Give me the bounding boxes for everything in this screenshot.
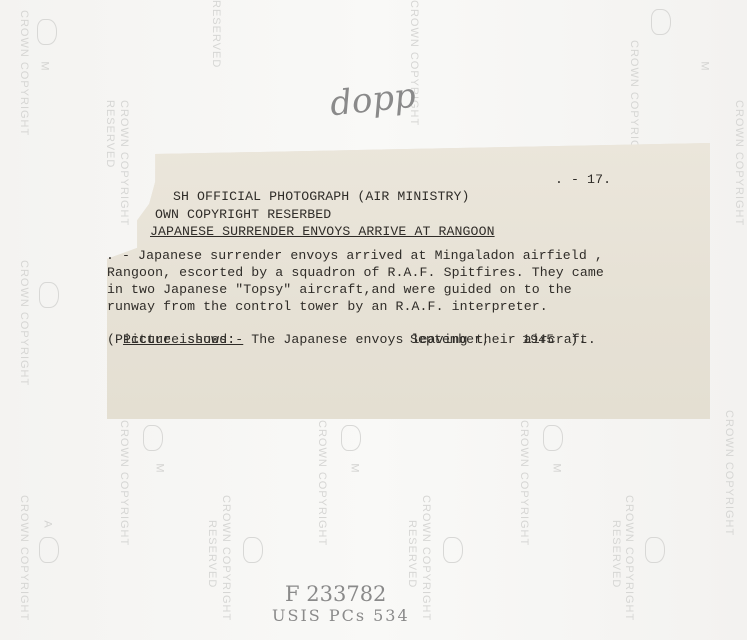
- body-line-4: runway from the control tower by an R.A.…: [107, 299, 548, 315]
- watermark-crown-copyright: CROWN COPYRIGHT: [732, 100, 745, 226]
- watermark-letter: A: [42, 520, 54, 527]
- watermark-crown-copyright: CROWN COPYRIGHT: [622, 495, 635, 621]
- pencil-note-reference: F 233782: [285, 582, 386, 606]
- body-line-1: . - Japanese surrender envoys arrived at…: [106, 248, 603, 264]
- watermark-crown-copyright: CROWN COPYRIGHT: [117, 100, 130, 226]
- watermark-copyright: CROWN COPYRIGHT: [315, 420, 328, 546]
- crown-watermark-icon: [443, 537, 463, 563]
- typed-caption-clipping: [107, 143, 710, 419]
- crown-watermark-icon: [143, 425, 163, 451]
- header-line-copyright: OWN COPYRIGHT RESERBED: [155, 207, 331, 223]
- watermark-copyright: CROWN COPYRIGHT: [517, 420, 530, 546]
- watermark-crown-copyright: CROWN COPYRIGHT: [419, 495, 432, 621]
- watermark-crown-copyright: CROWN COPYRIGHT: [17, 10, 30, 136]
- crown-watermark-icon: [39, 282, 59, 308]
- crown-watermark-icon: [645, 537, 665, 563]
- picture-issued-date: September, 1945 ).: [410, 332, 586, 348]
- page-number: . - 17.: [555, 172, 611, 188]
- crown-watermark-icon: [651, 9, 671, 35]
- header-line-ministry: SH OFFICIAL PHOTOGRAPH (AIR MINISTRY): [173, 189, 470, 205]
- watermark-reserved: RESERVED: [209, 0, 222, 68]
- crown-watermark-icon: [39, 537, 59, 563]
- crown-watermark-icon: [243, 537, 263, 563]
- crown-watermark-icon: [341, 425, 361, 451]
- caption-title: JAPANESE SURRENDER ENVOYS ARRIVE AT RANG…: [150, 224, 495, 240]
- watermark-letter: M: [154, 463, 166, 472]
- watermark-reserved: RESERVED: [103, 100, 116, 168]
- watermark-crown-copyright: CROWN COPYRIGHT: [219, 495, 232, 621]
- watermark-copyright: CROWN COPYRIGHT: [722, 410, 735, 536]
- watermark-crown-copyright: CROWN COPYRIGHT: [17, 495, 30, 621]
- watermark-reserved: RESERVED: [405, 520, 418, 588]
- body-line-3: in two Japanese "Topsy" aircraft,and wer…: [107, 282, 572, 298]
- watermark-letter: M: [551, 463, 563, 472]
- watermark-letter: M: [349, 463, 361, 472]
- body-line-2: Rangoon, escorted by a squadron of R.A.F…: [107, 265, 604, 281]
- crown-watermark-icon: [37, 19, 57, 45]
- watermark-reserved: RESERVED: [609, 520, 622, 588]
- picture-issued-label: (Picture issued:: [107, 332, 235, 348]
- watermark-crown-copyright: CROWN COPYRIGHT: [17, 260, 30, 386]
- crown-watermark-icon: [543, 425, 563, 451]
- watermark-copyright: CROWN COPYRIGHT: [117, 420, 130, 546]
- pencil-note-usis: USIS PCs 534: [272, 606, 410, 625]
- watermark-reserved: RESERVED: [205, 520, 218, 588]
- watermark-letter: M: [699, 61, 711, 70]
- watermark-letter: M: [39, 61, 51, 70]
